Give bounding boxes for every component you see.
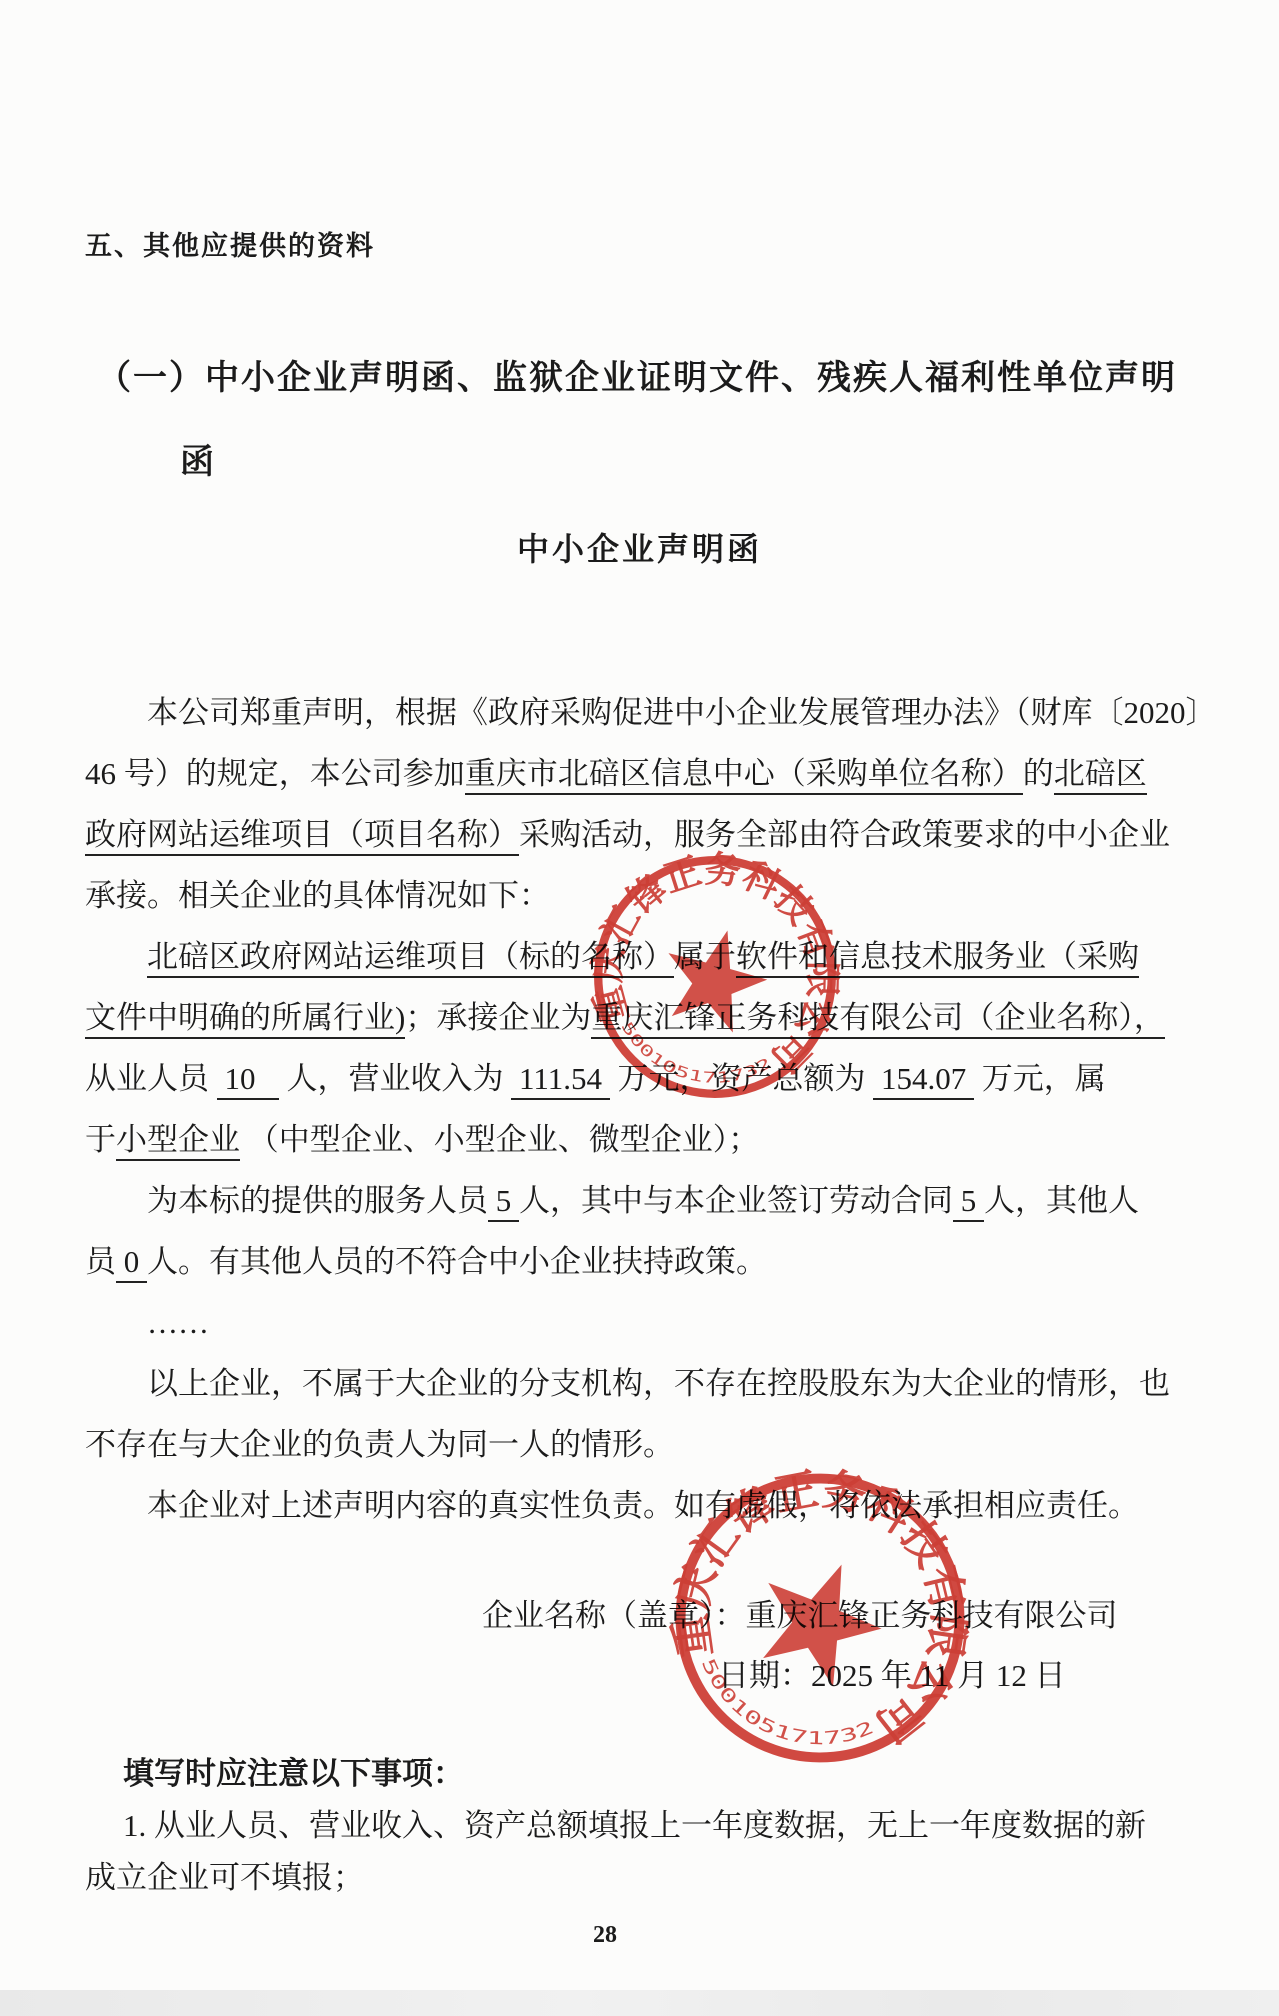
body-text: 本公司郑重声明，根据《政府采购促进中小企业发展管理办法》（财库〔2020〕 <box>147 695 1217 730</box>
body-line: 于小型企业 （中型企业、小型企业、微型企业）； <box>85 1109 1210 1170</box>
seal-star-icon <box>653 917 777 1037</box>
company-seal-bottom: 重庆汇锋正务科技有限公司500105171732 <box>654 1452 986 1784</box>
body-text: 人。有其他人员的不符合中小企业扶持政策。 <box>147 1244 767 1279</box>
filled-blank: 北碚区 <box>1054 756 1147 795</box>
body-line: …… <box>85 1292 1210 1353</box>
body-text: 人，营业收入为 <box>279 1061 512 1096</box>
body-text: 万元，属 <box>974 1061 1106 1096</box>
body-text: 员 <box>85 1244 116 1279</box>
body-text: …… <box>147 1305 209 1340</box>
filled-blank: 重庆市北碚区信息中心（采购单位名称） <box>465 756 1023 795</box>
subsection-heading-line2: 函 <box>180 434 216 483</box>
body-line: 不存在与大企业的负责人为同一人的情形。 <box>85 1414 1210 1475</box>
letter-title: 中小企业声明函 <box>0 524 1279 570</box>
body-line: 本公司郑重声明，根据《政府采购促进中小企业发展管理办法》（财库〔2020〕 <box>85 682 1210 743</box>
body-text: 的 <box>1023 756 1054 791</box>
filled-blank: 5 <box>953 1183 984 1222</box>
body-text: （中型企业、小型企业、微型企业）； <box>240 1122 759 1157</box>
body-line: 员 0 人。有其他人员的不符合中小企业扶持政策。 <box>85 1231 1210 1292</box>
body-line: 为本标的提供的服务人员 5 人，其中与本企业签订劳动合同 5 人，其他人 <box>85 1170 1210 1231</box>
subsection-heading-line1: （一）中小企业声明函、监狱企业证明文件、残疾人福利性单位声明 <box>97 350 1177 399</box>
notes-block: 填写时应注意以下事项： 1. 从业人员、营业收入、资产总额填报上一年度数据，无上… <box>85 1748 1210 1904</box>
body-text: 于 <box>85 1122 116 1157</box>
seal-graphic: 重庆汇锋正务科技有限公司500105171732 <box>576 838 854 1116</box>
body-text: 46 号）的规定，本公司参加 <box>85 756 465 791</box>
seal-graphic: 重庆汇锋正务科技有限公司500105171732 <box>654 1452 986 1784</box>
body-text: ；承接企业为 <box>405 1000 591 1035</box>
body-text: 为本标的提供的服务人员 <box>147 1183 488 1218</box>
company-seal-top: 重庆汇锋正务科技有限公司500105171732 <box>576 838 854 1116</box>
body-text: 不存在与大企业的负责人为同一人的情形。 <box>85 1427 674 1462</box>
body-line: 46 号）的规定，本公司参加重庆市北碚区信息中心（采购单位名称）的北碚区 <box>85 743 1210 804</box>
filled-blank: 政府网站运维项目（项目名称） <box>85 817 519 856</box>
filled-blank: 文件中明确的所属行业) <box>85 1000 405 1039</box>
document-page: 五、其他应提供的资料 （一）中小企业声明函、监狱企业证明文件、残疾人福利性单位声… <box>0 0 1279 2016</box>
notes-item1-line1: 1. 从业人员、营业收入、资产总额填报上一年度数据，无上一年度数据的新 <box>85 1800 1210 1852</box>
body-text: 人，其他人 <box>984 1183 1139 1218</box>
filled-blank: 154.07 <box>873 1061 974 1100</box>
filled-blank: 0 <box>116 1244 147 1283</box>
body-text: 承接。相关企业的具体情况如下： <box>85 878 550 913</box>
body-line: 以上企业，不属于大企业的分支机构，不存在控股股东为大企业的情形，也 <box>85 1353 1210 1414</box>
filled-blank: 10 <box>217 1061 279 1100</box>
body-text: 人，其中与本企业签订劳动合同 <box>519 1183 953 1218</box>
filled-blank: 5 <box>488 1183 519 1222</box>
filled-blank: 小型企业 <box>116 1122 240 1161</box>
seal-star-icon <box>741 1542 898 1695</box>
section-heading: 五、其他应提供的资料 <box>85 224 375 263</box>
body-text: 从业人员 <box>85 1061 217 1096</box>
scan-edge-shadow <box>0 1990 1279 2016</box>
body-text: 本企业对上述声明内容的真实性负责。如有虚假，将依法承担相应责任。 <box>147 1488 1139 1523</box>
body-line: 本企业对上述声明内容的真实性负责。如有虚假，将依法承担相应责任。 <box>85 1475 1210 1536</box>
page-number: 28 <box>0 1922 1210 1949</box>
notes-item1-line2: 成立企业可不填报； <box>85 1852 1210 1904</box>
notes-heading: 填写时应注意以下事项： <box>85 1748 1210 1800</box>
body-text: 以上企业，不属于大企业的分支机构，不存在控股股东为大企业的情形，也 <box>147 1366 1170 1401</box>
